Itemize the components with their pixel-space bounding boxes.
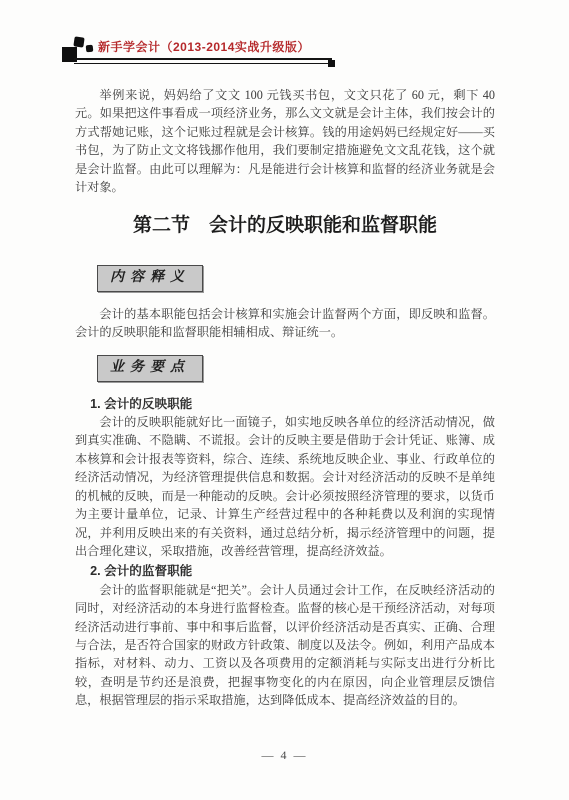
content-badge-row: 内容释义 [75,265,495,292]
page-header: 新手学会计（2013-2014实战升级版） [62,34,362,74]
subsection-1-heading: 1. 会计的反映职能 [75,395,495,413]
book-page: 新手学会计（2013-2014实战升级版） 举例来说，妈妈给了文文 100 元钱… [0,0,569,800]
page-footer: — 4 — [0,748,569,763]
business-keypoints-badge: 业务要点 [97,355,203,382]
header-double-rule [74,58,332,64]
definition-paragraph: 会计的基本职能包括会计核算和实施会计监督两个方面，即反映和监督。会计的反映职能和… [75,305,495,342]
subsection-1-paragraph: 会计的反映职能就好比一面镜子，如实地反映各单位的经济活动情况，做到真实准确、不隐… [75,413,495,560]
keypoints-badge-row: 业务要点 [75,355,495,382]
book-title: 新手学会计（2013-2014实战升级版） [98,38,310,55]
ornament-square-small-icon [86,45,94,53]
ornament-square-medium-icon [73,36,84,47]
subsection-2-heading: 2. 会计的监督职能 [75,562,495,580]
page-body: 举例来说，妈妈给了文文 100 元钱买书包，文文只花了 60 元，剩下 40 元… [75,86,495,710]
section-title: 第二节 会计的反映职能和监督职能 [75,217,495,235]
content-definition-badge: 内容释义 [97,265,203,292]
subsection-2-paragraph: 会计的监督职能就是“把关”。会计人员通过会计工作，在反映经济活动的同时，对经济活… [75,581,495,710]
intro-paragraph: 举例来说，妈妈给了文文 100 元钱买书包，文文只花了 60 元，剩下 40 元… [75,86,495,196]
page-number: — 4 — [262,748,308,762]
header-rule-end-square-icon [328,60,335,67]
